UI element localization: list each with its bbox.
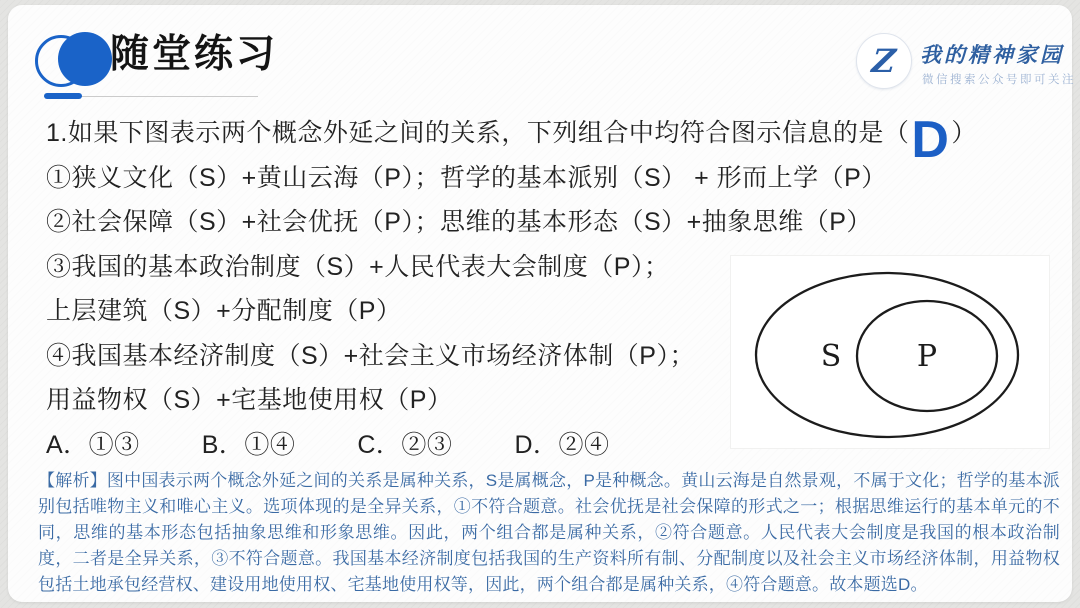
question-stem-text: 1.如果下图表示两个概念外延之间的关系，下列组合中均符合图示信息的是（ — [46, 113, 909, 149]
slide-card: 随堂练习 Z 我的精神家园 微信搜索公众号即可关注 1.如果下图表示两个概念外延… — [8, 5, 1072, 602]
logo-subtitle: 微信搜索公众号即可关注 — [922, 71, 1076, 87]
logo-z-glyph-icon: Z — [871, 45, 898, 77]
outer-ellipse — [756, 273, 1018, 437]
analysis-text: 【解析】图中国表示两个概念外延之间的关系是属种关系，S是属概念，P是种概念。黄山… — [38, 468, 1060, 598]
question-item-2: ②社会保障（S）+社会优抚（P）；思维的基本形态（S）+抽象思维（P） — [46, 198, 1051, 243]
option-a: A．①③ — [46, 425, 140, 461]
logo-name: 我的精神家园 — [920, 39, 1064, 69]
outer-set-label: S — [821, 339, 842, 374]
title-bullet-icon — [35, 32, 115, 90]
page-title: 随堂练习 — [110, 35, 278, 74]
answer-letter: D — [911, 114, 949, 166]
question-item-1: ①狭义文化（S）+黄山云海（P）；哲学的基本派别（S） + 形而上学（P） — [46, 154, 1051, 199]
option-c: C．②③ — [357, 425, 452, 461]
title-underline-accent — [44, 93, 82, 99]
venn-diagram: S P — [730, 255, 1050, 449]
brand-logo: Z 我的精神家园 微信搜索公众号即可关注 — [856, 33, 1066, 95]
question-stem: 1.如果下图表示两个概念外延之间的关系，下列组合中均符合图示信息的是（D） — [46, 109, 1051, 154]
option-b: B．①④ — [202, 425, 296, 461]
option-d: D．②④ — [514, 425, 609, 461]
inner-set-label: P — [917, 339, 937, 374]
venn-svg: S P — [731, 256, 1049, 448]
logo-badge-icon: Z — [856, 33, 912, 89]
question-stem-close: ） — [951, 113, 977, 149]
circle-filled-icon — [58, 32, 112, 86]
